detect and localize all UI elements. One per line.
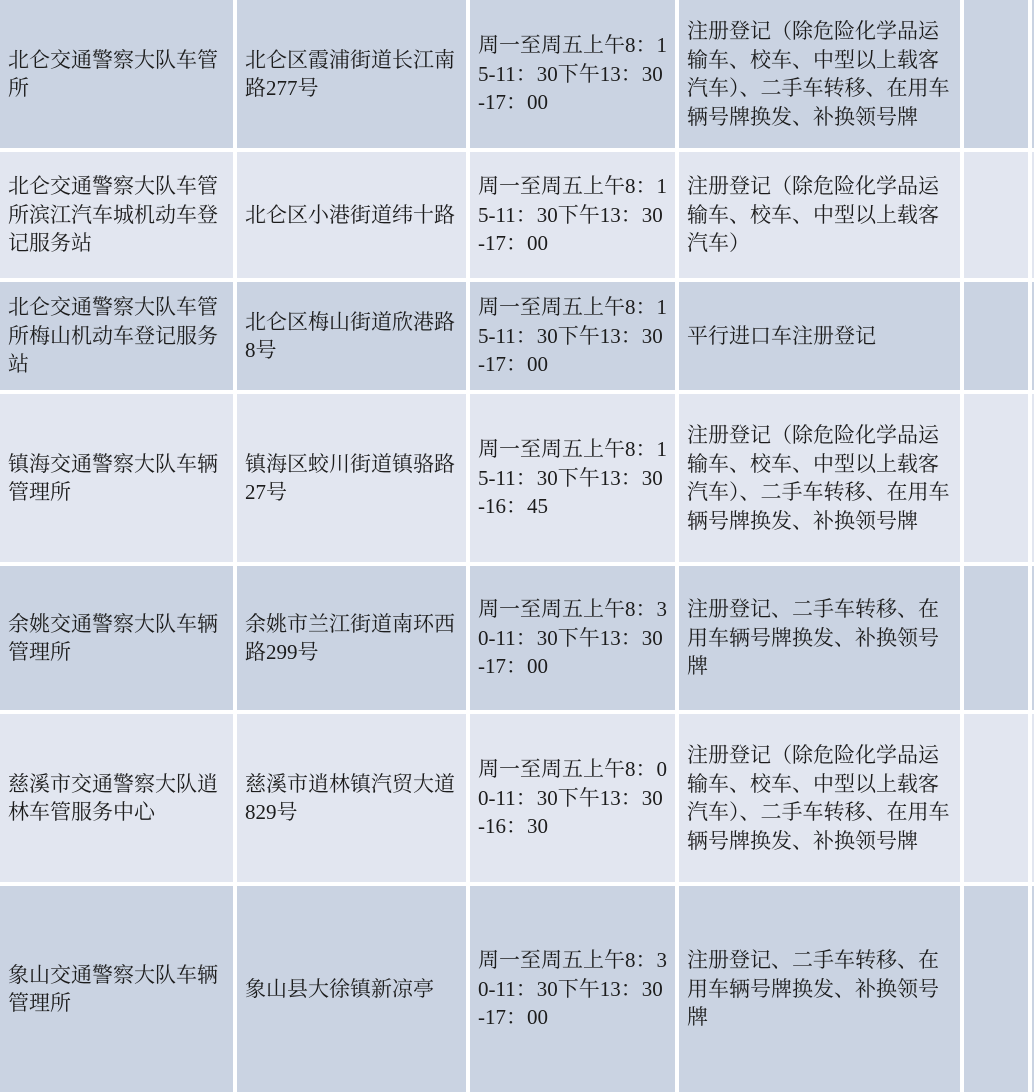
address-cell: 镇海区蛟川街道镇骆路27号 [237, 394, 466, 562]
empty-cell [964, 394, 1028, 562]
office-name-cell: 镇海交通警察大队车辆管理所 [0, 394, 233, 562]
services-cell: 注册登记、二手车转移、在用车辆号牌换发、补换领号牌 [679, 566, 960, 710]
empty-cell [964, 152, 1028, 278]
hours-cell: 周一至周五上午8：15-11：30下午13：30-17：00 [470, 152, 675, 278]
address-cell: 慈溪市逍林镇汽贸大道829号 [237, 714, 466, 882]
empty-cell [964, 886, 1028, 1092]
address-cell: 北仑区小港街道纬十路 [237, 152, 466, 278]
services-cell: 注册登记（除危险化学品运输车、校车、中型以上载客汽车）、二手车转移、在用车辆号牌… [679, 394, 960, 562]
services-cell: 平行进口车注册登记 [679, 282, 960, 390]
office-name-cell: 北仑交通警察大队车管所梅山机动车登记服务站 [0, 282, 233, 390]
hours-cell: 周一至周五上午8：30-11：30下午13：30-17：00 [470, 886, 675, 1092]
office-name-cell: 慈溪市交通警察大队逍林车管服务中心 [0, 714, 233, 882]
services-cell: 注册登记（除危险化学品运输车、校车、中型以上载客汽车） [679, 152, 960, 278]
address-cell: 象山县大徐镇新凉亭 [237, 886, 466, 1092]
empty-cell [964, 714, 1028, 882]
address-cell: 北仑区霞浦街道长江南路277号 [237, 0, 466, 148]
services-cell: 注册登记（除危险化学品运输车、校车、中型以上载客汽车）、二手车转移、在用车辆号牌… [679, 714, 960, 882]
vehicle-office-table: 北仑交通警察大队车管所 北仑区霞浦街道长江南路277号 周一至周五上午8：15-… [0, 0, 1034, 1092]
address-cell: 北仑区梅山街道欣港路8号 [237, 282, 466, 390]
empty-cell [964, 282, 1028, 390]
hours-cell: 周一至周五上午8：30-11：30下午13：30-17：00 [470, 566, 675, 710]
services-cell: 注册登记（除危险化学品运输车、校车、中型以上载客汽车）、二手车转移、在用车辆号牌… [679, 0, 960, 148]
hours-cell: 周一至周五上午8：15-11：30下午13：30-17：00 [470, 0, 675, 148]
office-name-cell: 北仑交通警察大队车管所滨江汽车城机动车登记服务站 [0, 152, 233, 278]
services-cell: 注册登记、二手车转移、在用车辆号牌换发、补换领号牌 [679, 886, 960, 1092]
office-name-cell: 余姚交通警察大队车辆管理所 [0, 566, 233, 710]
address-cell: 余姚市兰江街道南环西路299号 [237, 566, 466, 710]
office-name-cell: 象山交通警察大队车辆管理所 [0, 886, 233, 1092]
empty-cell [964, 566, 1028, 710]
hours-cell: 周一至周五上午8：00-11：30下午13：30-16：30 [470, 714, 675, 882]
hours-cell: 周一至周五上午8：15-11：30下午13：30-17：00 [470, 282, 675, 390]
empty-cell [964, 0, 1028, 148]
office-name-cell: 北仑交通警察大队车管所 [0, 0, 233, 148]
hours-cell: 周一至周五上午8：15-11：30下午13：30-16：45 [470, 394, 675, 562]
